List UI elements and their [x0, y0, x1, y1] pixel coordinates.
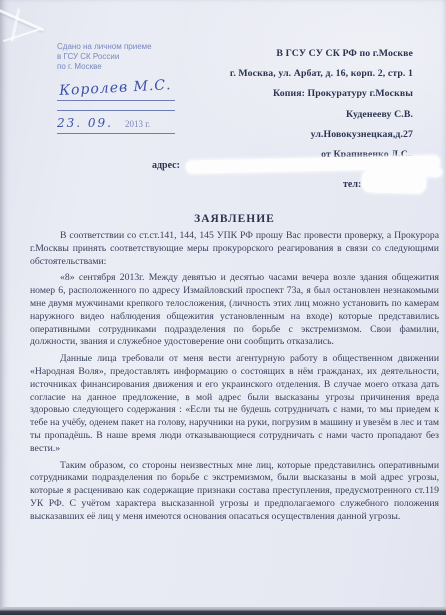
stamp-year: 2013 г. [125, 119, 150, 129]
document-title: ЗАЯВЛЕНИЕ [30, 213, 439, 225]
intake-stamp: Сдано на личном приеме в ГСУ СК России п… [57, 42, 175, 134]
phone-redaction [362, 169, 427, 194]
recipient-line: ул.Новокузнецкая,д.27 [230, 125, 413, 145]
paragraph-incident: «8» сентября 2013г. Между девятью и деся… [30, 272, 439, 349]
phone-label: тел: [343, 179, 361, 190]
scan-edge-shadow [0, 607, 446, 615]
address-label: адрес: [152, 160, 180, 171]
recipient-block: В ГСУ СУ СК РФ по г.Москве г. Москва, ул… [230, 44, 413, 165]
paragraph-demands-threats: Данные лица требовали от меня вести аген… [30, 353, 439, 455]
paper-crease [10, 8, 20, 42]
stamp-text-line: в ГСУ СК России [57, 52, 175, 62]
recipient-line: В ГСУ СУ СК РФ по г.Москве [230, 44, 413, 64]
handwritten-signature: Королев М.С. [56, 69, 175, 101]
paragraph-intro: В соответствии со ст.ст.141, 144, 145 УП… [30, 230, 439, 268]
paragraph-conclusion: Таким образом, со стороны неизвестных мн… [30, 460, 439, 524]
scanned-document-page: Сдано на личном приеме в ГСУ СК России п… [0, 0, 446, 615]
statement-body: В соответствии со ст.ст.141, 144, 145 УП… [30, 230, 439, 528]
paper-crease [0, 8, 44, 32]
stamp-blank-line [57, 110, 175, 111]
stamp-date-row: 23. 09. 2013 г. [57, 114, 175, 134]
recipient-line: г. Москва, ул. Арбат, д. 16, корп. 2, ст… [230, 64, 413, 84]
handwritten-date: 23. 09. [57, 116, 113, 130]
recipient-line: Куденееву С.В. [230, 105, 413, 125]
recipient-line: Копия: Прокуратуру г.Москвы [230, 84, 413, 104]
paper-crease [3, 28, 42, 42]
stamp-text-line: Сдано на личном приеме [57, 42, 175, 52]
